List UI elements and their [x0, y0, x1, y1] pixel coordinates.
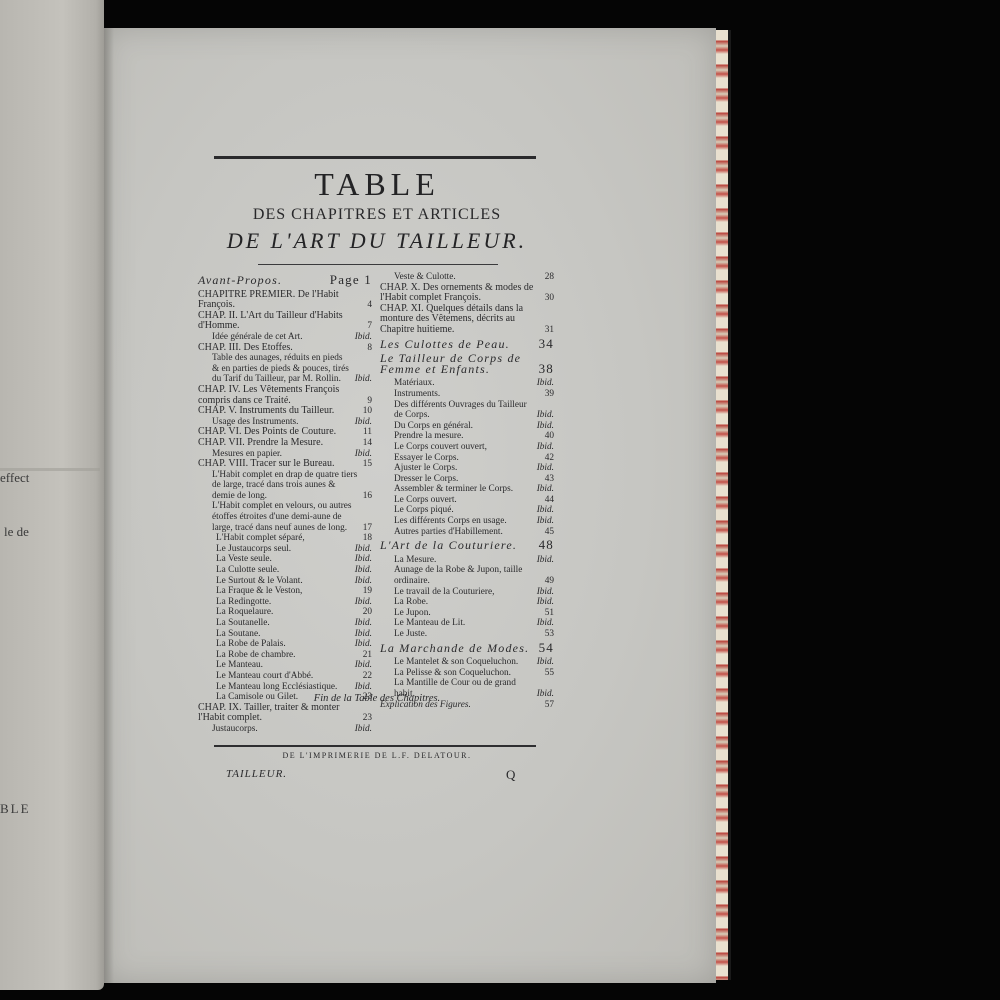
toc-page-number: 22 — [363, 671, 372, 682]
toc-page-number: Ibid. — [355, 660, 372, 671]
toc-entry: Le Corps couvert ouvert,Ibid. — [380, 442, 554, 453]
book-page: TABLE DES CHAPITRES ET ARTICLES DE L'ART… — [104, 28, 716, 983]
toc-entry-title: Le Corps ouvert. — [394, 495, 545, 506]
toc-entry: Assembler & terminer le Corps.Ibid. — [380, 484, 554, 495]
toc-page-number: Ibid. — [537, 442, 554, 453]
toc-page-number: Ibid. — [355, 629, 372, 640]
toc-page-number: Ibid. — [537, 516, 554, 527]
toc-entry: La Robe de Palais.Ibid. — [198, 639, 372, 650]
left-page-text-fragment: le de — [4, 524, 29, 540]
toc-page-number: Ibid. — [537, 657, 554, 668]
toc-chapter-entry: CHAP. VIII. Tracer sur le Bureau.15 — [198, 459, 372, 470]
toc-page-number: Ibid. — [355, 544, 372, 555]
toc-page-number: 45 — [545, 527, 554, 538]
left-page-text-fragment: BLE — [0, 801, 31, 817]
toc-entry: La Soutane.Ibid. — [198, 629, 372, 640]
toc-entry-title: Le Justaucorps seul. — [216, 544, 355, 555]
toc-page-number: Ibid. — [537, 555, 554, 566]
toc-entry-title: Ajuster le Corps. — [394, 463, 537, 474]
toc-entry: Ajuster le Corps.Ibid. — [380, 463, 554, 474]
toc-entry-title: L'Habit complet en drap de quatre tiers … — [212, 470, 363, 502]
toc-page-number: 34 — [539, 339, 554, 350]
toc-entry-title: L'Art de la Couturiere. — [380, 540, 539, 551]
toc-entry-title: Le travail de la Couturiere, — [394, 587, 537, 598]
toc-entry: Veste & Culotte.28 — [380, 272, 554, 283]
toc-entry-title: CHAP. XI. Quelques détails dans la montu… — [380, 304, 545, 336]
toc-entry-title: Table des aunages, réduits en pieds & en… — [212, 353, 355, 385]
toc-entry: L'Habit complet en velours, ou autres ét… — [198, 501, 372, 533]
toc-page-number: 51 — [545, 608, 554, 619]
toc-entry-title: Essayer le Corps. — [394, 453, 545, 464]
toc-entry-title: L'Habit complet en velours, ou autres ét… — [212, 501, 363, 533]
toc-entry-title: CHAP. VIII. Tracer sur le Bureau. — [198, 459, 363, 470]
toc-page-number: Ibid. — [355, 682, 372, 693]
toc-entry: Le Mantelet & son Coqueluchon.Ibid. — [380, 657, 554, 668]
toc-entry: La Robe.Ibid. — [380, 597, 554, 608]
toc-page-number: Ibid. — [537, 587, 554, 598]
toc-entry: Le Jupon.51 — [380, 608, 554, 619]
toc-entry-title: Justaucorps. — [212, 724, 355, 735]
toc-right-column: Veste & Culotte.28CHAP. X. Des ornements… — [380, 272, 554, 710]
toc-page-number: Ibid. — [355, 449, 372, 460]
toc-entry: Le Corps ouvert.44 — [380, 495, 554, 506]
toc-entry-title: CHAP. V. Instruments du Tailleur. — [198, 406, 363, 417]
toc-entry-title: La Fraque & le Veston, — [216, 586, 363, 597]
toc-entry: Matériaux.Ibid. — [380, 378, 554, 389]
toc-chapter-entry: CHAP. V. Instruments du Tailleur.10 — [198, 406, 372, 417]
toc-entry-title: CHAP. IX. Tailler, traiter & monter l'Ha… — [198, 703, 363, 724]
toc-entry: Les différents Corps en usage.Ibid. — [380, 516, 554, 527]
toc-entry-title: Le Juste. — [394, 629, 545, 640]
toc-entry: Le Surtout & le Volant.Ibid. — [198, 576, 372, 587]
toc-page-number: Ibid. — [355, 565, 372, 576]
toc-entry: Le Manteau long Ecclésiastique.Ibid. — [198, 682, 372, 693]
toc-page-number: 16 — [363, 491, 372, 502]
toc-entry-title: CHAP. III. Des Etoffes. — [198, 343, 367, 354]
title-rule — [258, 264, 498, 265]
toc-page-number: 11 — [363, 427, 372, 438]
toc-page-number: 17 — [363, 523, 372, 534]
toc-entry: La Redingotte.Ibid. — [198, 597, 372, 608]
toc-entry-title: Du Corps en général. — [394, 421, 537, 432]
toc-page-number: 49 — [545, 576, 554, 587]
toc-page-number: Ibid. — [355, 639, 372, 650]
toc-page-number: 18 — [363, 533, 372, 544]
toc-page-number: 55 — [545, 668, 554, 679]
toc-page-number: Page 1 — [330, 275, 372, 286]
toc-entry-title: Instruments. — [394, 389, 545, 400]
toc-entry-title: Le Manteau court d'Abbé. — [216, 671, 363, 682]
toc-page-number: 20 — [363, 607, 372, 618]
toc-entry-title: Le Manteau de Lit. — [394, 618, 537, 629]
toc-entry-title: Matériaux. — [394, 378, 537, 389]
toc-page-number: 39 — [545, 389, 554, 400]
toc-entry-title: La Redingotte. — [216, 597, 355, 608]
footer-rule — [214, 745, 536, 747]
toc-entry-title: Des différents Ouvrages du Tailleur de C… — [394, 400, 537, 421]
toc-page-number: 7 — [367, 321, 372, 332]
toc-page-number: 21 — [363, 650, 372, 661]
toc-page-number: Ibid. — [355, 597, 372, 608]
quire-letter: Q — [506, 767, 515, 783]
toc-page-number: 43 — [545, 474, 554, 485]
toc-entry-title: Le Jupon. — [394, 608, 545, 619]
toc-page-number: 54 — [539, 643, 554, 654]
toc-section-heading: Les Culottes de Peau.34 — [380, 339, 554, 350]
toc-page-number: Ibid. — [537, 378, 554, 389]
toc-entry: Prendre la mesure.40 — [380, 431, 554, 442]
toc-entry: Autres parties d'Habillement.45 — [380, 527, 554, 538]
toc-page-number: 53 — [545, 629, 554, 640]
toc-section-heading: La Marchande de Modes.54 — [380, 643, 554, 654]
toc-section-heading: Le Tailleur de Corps de Femme et Enfants… — [380, 353, 554, 374]
toc-entry: Du Corps en général.Ibid. — [380, 421, 554, 432]
toc-entry-title: CHAPITRE PREMIER. De l'Habit François. — [198, 290, 367, 311]
toc-page-number: 42 — [545, 453, 554, 464]
page-title: TABLE — [104, 166, 650, 203]
toc-page-number: Ibid. — [537, 463, 554, 474]
toc-entry: La Roquelaure.20 — [198, 607, 372, 618]
toc-chapter-entry: CHAP. IV. Les Vêtements François compris… — [198, 385, 372, 406]
toc-page-number: 10 — [363, 406, 372, 417]
toc-entry: L'Habit complet séparé,18 — [198, 533, 372, 544]
toc-entry: Justaucorps.Ibid. — [198, 724, 372, 735]
toc-page-number: Ibid. — [537, 410, 554, 421]
toc-entry-title: Le Corps piqué. — [394, 505, 537, 516]
toc-entry: La Fraque & le Veston,19 — [198, 586, 372, 597]
toc-entry: Le Manteau.Ibid. — [198, 660, 372, 671]
toc-page-number: 40 — [545, 431, 554, 442]
toc-entry-title: La Soutane. — [216, 629, 355, 640]
toc-entry: Le travail de la Couturiere,Ibid. — [380, 587, 554, 598]
toc-entry-title: Le Surtout & le Volant. — [216, 576, 355, 587]
toc-entry-title: Veste & Culotte. — [394, 272, 545, 283]
toc-page-number: 38 — [539, 364, 554, 375]
toc-page-number: 44 — [545, 495, 554, 506]
toc-entry-title: L'Habit complet séparé, — [216, 533, 363, 544]
toc-entry-title: La Robe. — [394, 597, 537, 608]
toc-entry: La Soutanelle.Ibid. — [198, 618, 372, 629]
toc-entry: La Robe de chambre.21 — [198, 650, 372, 661]
toc-entry-title: Le Corps couvert ouvert, — [394, 442, 537, 453]
toc-entry: Aunage de la Robe & Jupon, taille ordina… — [380, 565, 554, 586]
toc-page-number: Ibid. — [355, 332, 372, 343]
toc-chapter-entry: CHAPITRE PREMIER. De l'Habit François.4 — [198, 290, 372, 311]
toc-entry: La Culotte seule.Ibid. — [198, 565, 372, 576]
toc-entry-title: Dresser le Corps. — [394, 474, 545, 485]
toc-entry-title: Le Mantelet & son Coqueluchon. — [394, 657, 537, 668]
toc-entry-title: Le Tailleur de Corps de Femme et Enfants… — [380, 353, 539, 374]
toc-entry: Le Juste.53 — [380, 629, 554, 640]
toc-entry-title: La Culotte seule. — [216, 565, 355, 576]
toc-entry-title: La Veste seule. — [216, 554, 355, 565]
toc-entry: Le Corps piqué.Ibid. — [380, 505, 554, 516]
toc-entry-title: Avant-Propos. — [198, 275, 330, 286]
toc-page-number: 9 — [367, 396, 372, 407]
toc-entry: Table des aunages, réduits en pieds & en… — [198, 353, 372, 385]
toc-page-number: Ibid. — [537, 618, 554, 629]
toc-entry-title: Les Culottes de Peau. — [380, 339, 539, 350]
toc-page-number: Ibid. — [537, 484, 554, 495]
toc-page-number: Ibid. — [355, 417, 372, 428]
toc-entry: Idée générale de cet Art.Ibid. — [198, 332, 372, 343]
toc-page-number: Ibid. — [355, 724, 372, 735]
toc-entry-title: CHAP. II. L'Art du Tailleur d'Habits d'H… — [198, 311, 367, 332]
page-subtitle-italic: DE L'ART DU TAILLEUR. — [104, 228, 650, 254]
toc-entry-title: Le Manteau. — [216, 660, 355, 671]
toc-entry: La Veste seule.Ibid. — [198, 554, 372, 565]
toc-entry: Le Justaucorps seul.Ibid. — [198, 544, 372, 555]
toc-entry-title: La Mesure. — [394, 555, 537, 566]
toc-entry-title: CHAP. X. Des ornements & modes de l'Habi… — [380, 283, 545, 304]
toc-chapter-entry: CHAP. VII. Prendre la Mesure.14 — [198, 438, 372, 449]
toc-left-column: Avant-Propos.Page 1CHAPITRE PREMIER. De … — [198, 272, 372, 735]
page-subtitle: DES CHAPITRES ET ARTICLES — [104, 206, 650, 224]
toc-chapter-entry: CHAP. XI. Quelques détails dans la montu… — [380, 304, 554, 336]
toc-page-number: Ibid. — [537, 597, 554, 608]
toc-entry-title: La Robe de Palais. — [216, 639, 355, 650]
toc-page-number: 28 — [545, 272, 554, 283]
toc-entry: L'Habit complet en drap de quatre tiers … — [198, 470, 372, 502]
toc-entry: Dresser le Corps.43 — [380, 474, 554, 485]
toc-entry-title: CHAP. VII. Prendre la Mesure. — [198, 438, 363, 449]
toc-page-number: Ibid. — [355, 554, 372, 565]
toc-entry-title: Prendre la mesure. — [394, 431, 545, 442]
toc-entry-title: Le Manteau long Ecclésiastique. — [216, 682, 355, 693]
toc-entry-title: Aunage de la Robe & Jupon, taille ordina… — [394, 565, 545, 586]
toc-entry-title: Autres parties d'Habillement. — [394, 527, 545, 538]
toc-chapter-entry: CHAP. X. Des ornements & modes de l'Habi… — [380, 283, 554, 304]
printer-imprint: DE L'IMPRIMERIE DE L.F. DELATOUR. — [104, 751, 650, 760]
toc-entry: Des différents Ouvrages du Tailleur de C… — [380, 400, 554, 421]
signature-mark: TAILLEUR. — [226, 768, 287, 780]
toc-entry-title: La Robe de chambre. — [216, 650, 363, 661]
toc-page-number: 31 — [545, 325, 554, 336]
toc-page-number: Ibid. — [537, 505, 554, 516]
toc-page-number: 19 — [363, 586, 372, 597]
toc-entry-title: Idée générale de cet Art. — [212, 332, 355, 343]
toc-entry: La Mesure.Ibid. — [380, 555, 554, 566]
toc-entry-title: La Roquelaure. — [216, 607, 363, 618]
toc-chapter-entry: CHAP. IX. Tailler, traiter & monter l'Ha… — [198, 703, 372, 724]
toc-entry-title: La Soutanelle. — [216, 618, 355, 629]
toc-chapter-entry: CHAP. II. L'Art du Tailleur d'Habits d'H… — [198, 311, 372, 332]
toc-entry: Instruments.39 — [380, 389, 554, 400]
toc-page-number: 15 — [363, 459, 372, 470]
toc-entry-title: CHAP. IV. Les Vêtements François compris… — [198, 385, 367, 406]
left-facing-page: effect le de BLE — [0, 0, 104, 990]
toc-page-number: 14 — [363, 438, 372, 449]
toc-page-number: 30 — [545, 293, 554, 304]
toc-page-number: 23 — [363, 713, 372, 724]
toc-entry: La Pelisse & son Coqueluchon.55 — [380, 668, 554, 679]
toc-entry-title: Les différents Corps en usage. — [394, 516, 537, 527]
end-of-table-note: Fin de la Table des Chapitres. — [104, 693, 650, 704]
toc-page-number: 4 — [367, 300, 372, 311]
toc-page-number: Ibid. — [355, 618, 372, 629]
toc-entry-title: La Pelisse & son Coqueluchon. — [394, 668, 545, 679]
toc-entry: Le Manteau de Lit.Ibid. — [380, 618, 554, 629]
toc-entry: Le Manteau court d'Abbé.22 — [198, 671, 372, 682]
toc-page-number: Ibid. — [355, 374, 372, 385]
toc-page-number: Ibid. — [537, 421, 554, 432]
toc-section-heading: L'Art de la Couturiere.48 — [380, 540, 554, 551]
toc-page-number: Ibid. — [355, 576, 372, 587]
toc-entry: Essayer le Corps.42 — [380, 453, 554, 464]
left-page-text-fragment: effect — [0, 470, 29, 486]
toc-section-heading: Avant-Propos.Page 1 — [198, 275, 372, 286]
toc-chapter-entry: CHAP. III. Des Etoffes.8 — [198, 343, 372, 354]
header-rule — [214, 156, 536, 159]
toc-page-number: 8 — [367, 343, 372, 354]
toc-page-number: 48 — [539, 540, 554, 551]
toc-entry-title: La Marchande de Modes. — [380, 643, 539, 654]
toc-entry-title: Assembler & terminer le Corps. — [394, 484, 537, 495]
